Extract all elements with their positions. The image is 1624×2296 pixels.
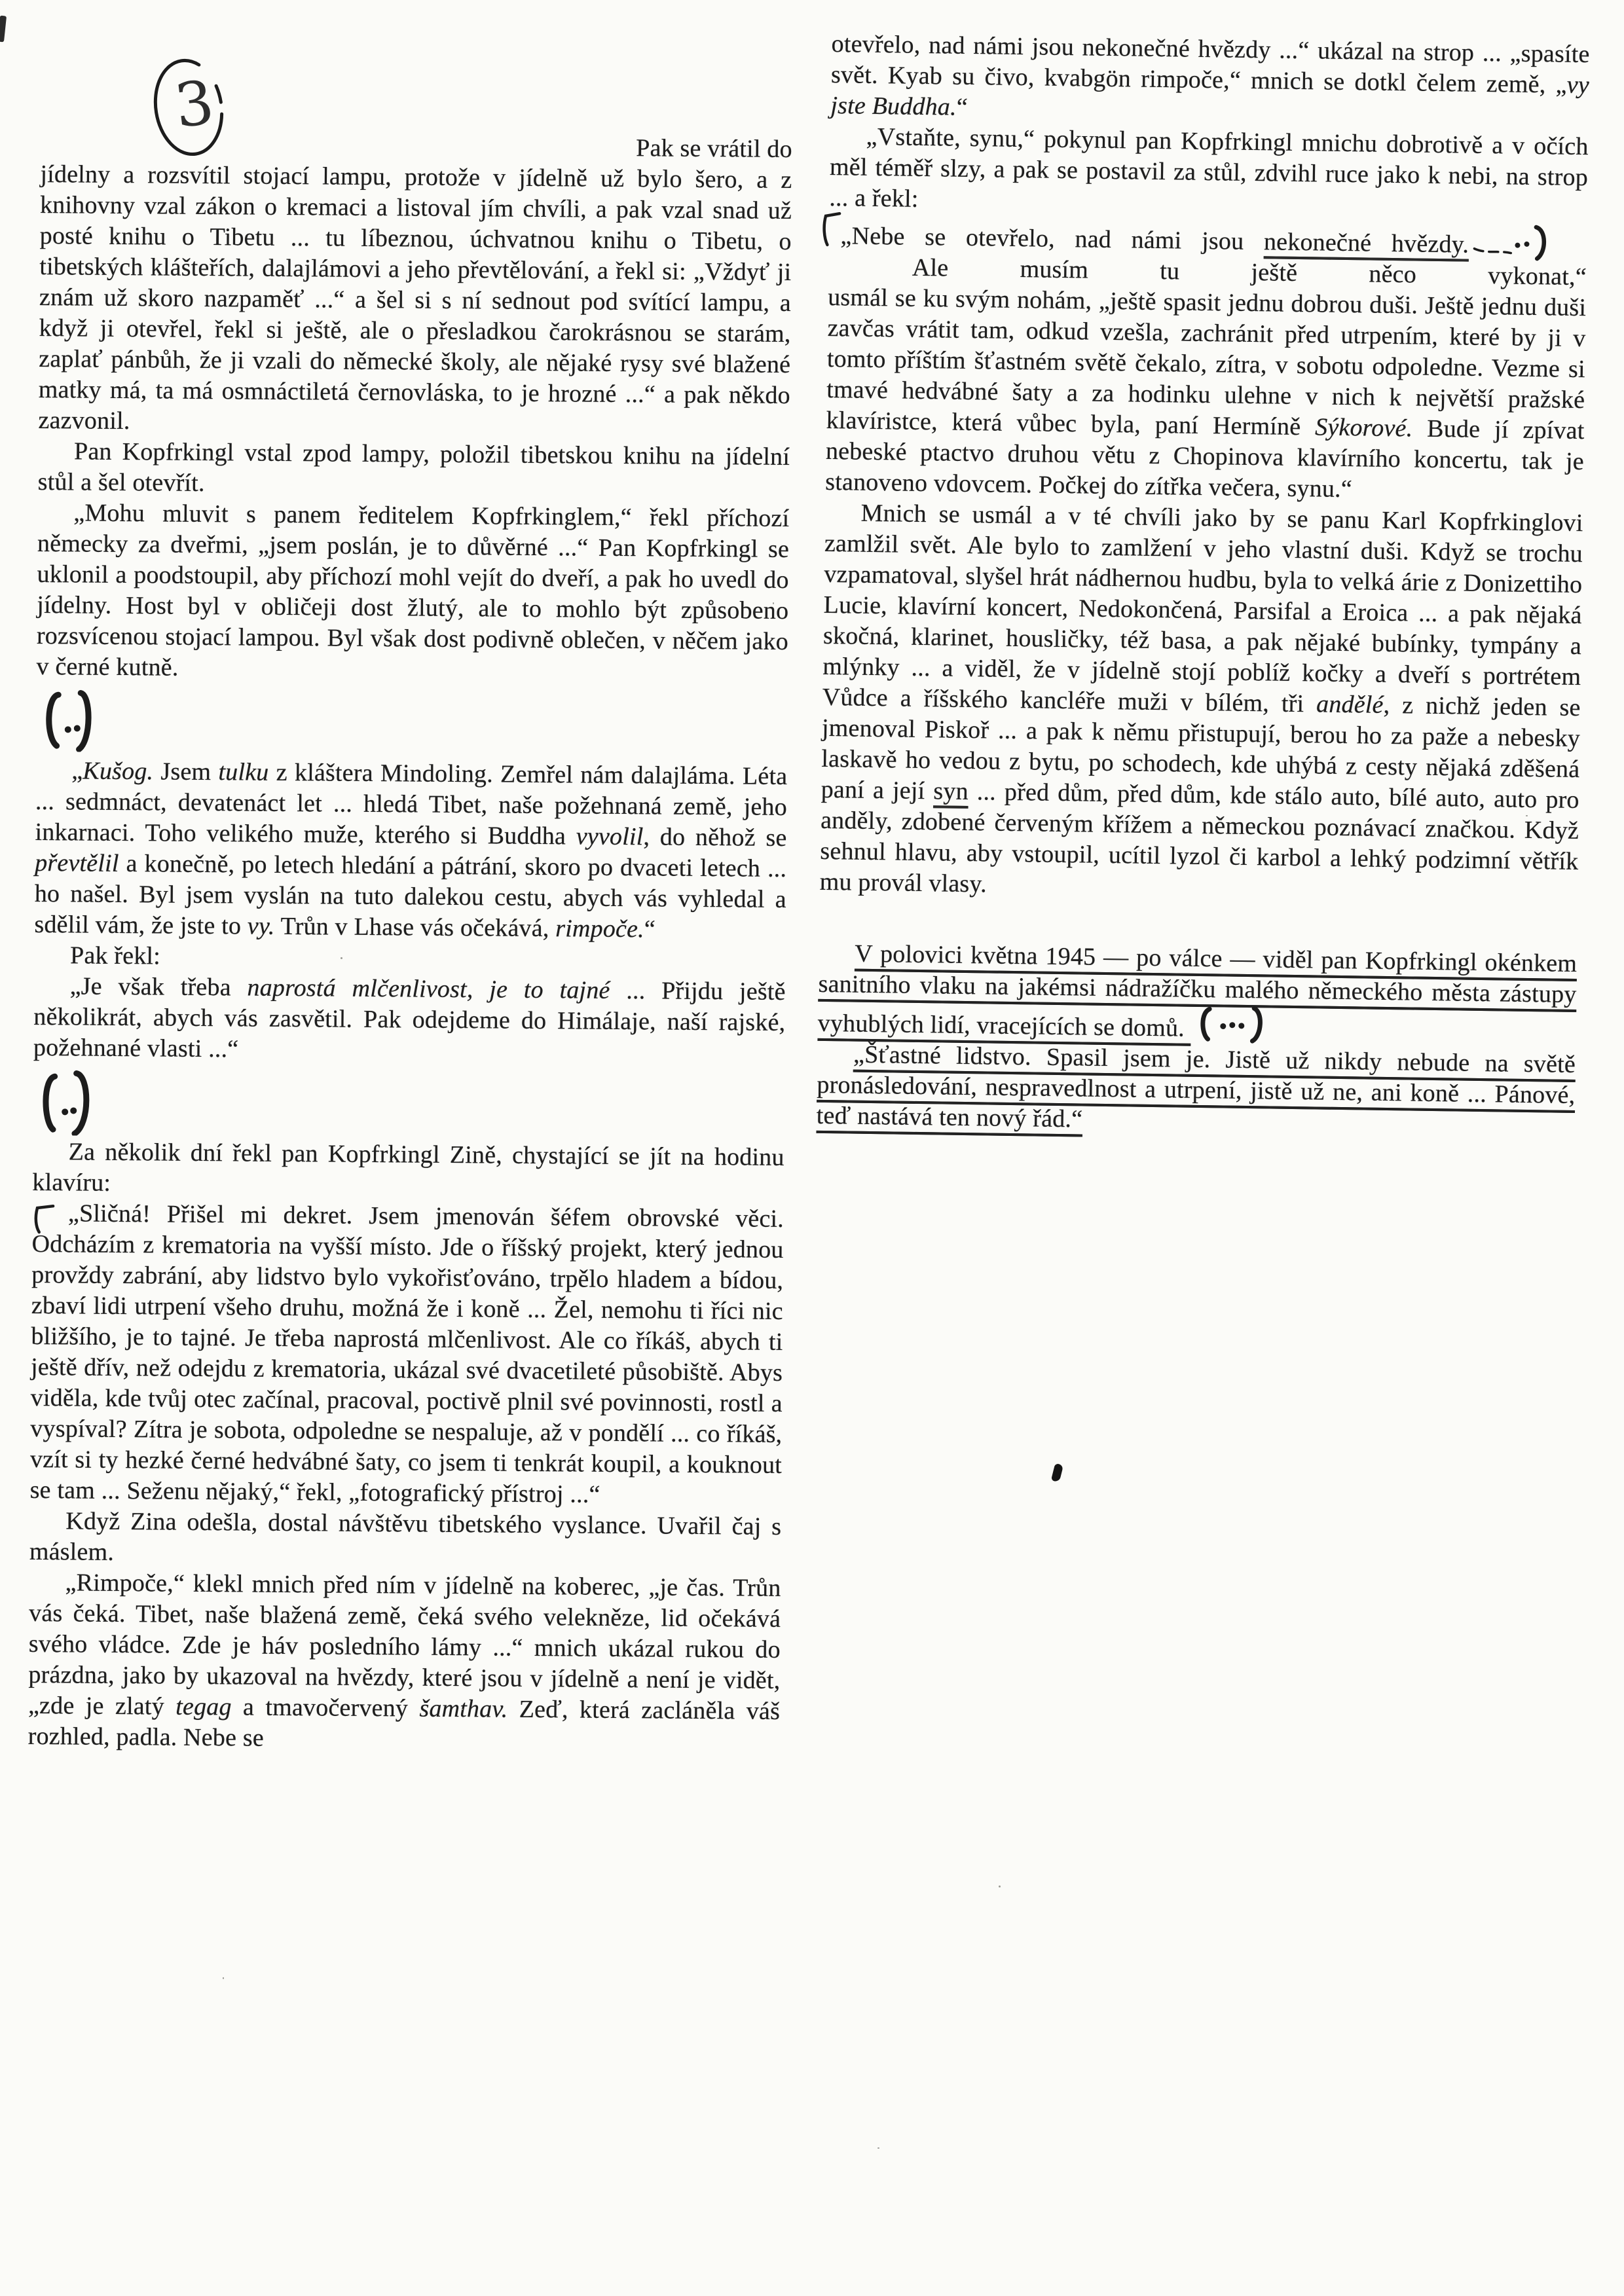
- text-segment: Když Zina odešla, dostal návštěvu tibets…: [29, 1507, 782, 1566]
- paragraph-text: „Sličná! Přišel mi dekret. Jsem jmenován…: [29, 1199, 784, 1508]
- text-segment: tulku: [218, 758, 268, 786]
- insertion-mark-icon: [818, 208, 845, 249]
- text-segment: „Vstaňte, synu,“ pokynul pan Kopfrkingl …: [829, 123, 1589, 213]
- text-segment: , do něhož se: [643, 823, 786, 852]
- insertion-mark-icon: [29, 1199, 58, 1237]
- paragraph: V polovici května 1945 — po válce — vidě…: [817, 938, 1577, 1049]
- text-segment: Pan Kopfrkingl vstal zpod lampy, položil…: [38, 437, 790, 497]
- paragraph: otevřelo, nad námi jsou nekonečné hvězdy…: [830, 29, 1590, 132]
- text-segment: a tmavočervený: [231, 1693, 419, 1722]
- text-segment: Pak řekl:: [70, 941, 160, 970]
- paragraph: Pak se vrátil dojídelny a rozsvítil stoj…: [38, 128, 792, 442]
- paragraph: „Je však třeba naprostá mlčenlivost, je …: [33, 971, 786, 1069]
- paragraph: „Šťastné lidstvo. Spasil jsem je. Jistě …: [816, 1039, 1576, 1142]
- text-segment: Sýkorové.: [1315, 413, 1413, 442]
- paragraph-text: „Šťastné lidstvo. Spasil jsem je. Jistě …: [817, 1041, 1576, 1133]
- paragraph: Mnich se usmál a v té chvíli jako by se …: [819, 498, 1583, 908]
- paragraph: „Kušog. Jsem tulku z kláštera Mindoling.…: [34, 756, 787, 946]
- scanned-page: 3 Pak se vrátil dojídelny a rozsvítil st…: [0, 0, 1624, 2296]
- paragraph: Pan Kopfrkingl vstal zpod lampy, položil…: [38, 436, 790, 503]
- scan-edge-artifact: [0, 16, 7, 43]
- hand-bracket-annotation: [1473, 223, 1551, 262]
- left-column: Pak se vrátil dojídelny a rozsvítil stoj…: [28, 128, 792, 1758]
- paragraph: Když Zina odešla, dostal návštěvu tibets…: [29, 1506, 782, 1573]
- text-segment: andělé: [1316, 690, 1384, 718]
- paragraph-text: „Mohu mluvit s panem ředitelem Kopfrking…: [36, 499, 789, 681]
- paragraph-text: „Rimpoče,“ klekl mnich před ním v jídeln…: [28, 1569, 781, 1751]
- right-column: otevřelo, nad námi jsou nekonečné hvězdy…: [816, 29, 1589, 1142]
- hand-bracket-annotation: [1194, 1005, 1267, 1046]
- paragraph-lead-line: Pak se vrátil do: [41, 128, 792, 165]
- text-segment: tegag: [175, 1693, 232, 1721]
- paragraph-text: Pak řekl:: [70, 941, 160, 970]
- paragraph-text: „Vstaňte, synu,“ pokynul pan Kopfrkingl …: [829, 123, 1589, 213]
- paragraph-text: jídelny a rozsvítil stojací lampu, proto…: [38, 160, 792, 435]
- margin-bracket-annotation: [33, 1063, 785, 1142]
- text-segment: “: [644, 915, 655, 943]
- paragraph-text: Za několik dní řekl pan Kopfrkingl Zině,…: [32, 1138, 784, 1197]
- paragraph: Ale musím tu ještě něco vykonat,“usmál s…: [825, 251, 1587, 508]
- paragraph-text: usmál se ku svým nohám, „ještě spasit je…: [825, 283, 1586, 503]
- paragraph: „Rimpoče,“ klekl mnich před ním v jídeln…: [28, 1567, 781, 1758]
- text-segment: Jsem: [153, 757, 219, 786]
- paragraph-text: „Kušog. Jsem tulku z kláštera Mindoling.…: [34, 757, 787, 943]
- text-segment: syn: [933, 777, 969, 805]
- text-segment: jídelny a rozsvítil stojací lampu, proto…: [38, 160, 792, 435]
- paragraph-text: Mnich se usmál a v té chvíli jako by se …: [820, 500, 1583, 898]
- text-segment: převtělil: [35, 849, 119, 877]
- text-segment: Za několik dní řekl pan Kopfrkingl Zině,…: [32, 1138, 784, 1197]
- bracket-ellipsis-icon: [40, 689, 96, 752]
- scan-speck: [773, 602, 774, 604]
- paragraph: „Vstaňte, synu,“ pokynul pan Kopfrkingl …: [829, 121, 1589, 224]
- text-segment: Kušog.: [83, 757, 153, 786]
- text-segment: naprostá mlčenlivost, je to tajné: [247, 974, 610, 1004]
- text-segment: otevřelo, nad námi jsou nekonečné hvězdy…: [831, 30, 1590, 99]
- text-segment: rimpoče.: [555, 915, 644, 943]
- text-segment: „Je však třeba: [70, 972, 248, 1001]
- paragraph: „Mohu mluvit s panem ředitelem Kopfrking…: [36, 498, 789, 688]
- paragraph: „Sličná! Přišel mi dekret. Jsem jmenován…: [29, 1198, 784, 1512]
- text-segment: „Šťastné lidstvo. Spasil jsem je. Jistě …: [817, 1041, 1576, 1133]
- scan-speck: [1526, 815, 1528, 816]
- ink-mark: [1051, 1463, 1063, 1482]
- text-segment: „: [71, 757, 83, 784]
- text-segment: “: [956, 94, 968, 121]
- text-segment: „Sličná! Přišel mi dekret. Jsem jmenován…: [29, 1199, 784, 1508]
- scan-speck: [223, 1977, 224, 1979]
- scan-speck: [999, 1886, 1001, 1887]
- paragraph-text: Když Zina odešla, dostal návštěvu tibets…: [29, 1507, 782, 1566]
- paragraph-text: otevřelo, nad námi jsou nekonečné hvězdy…: [830, 30, 1590, 121]
- text-segment: „Mohu mluvit s panem ředitelem Kopfrking…: [36, 499, 789, 681]
- paragraph-text: „Je však třeba naprostá mlčenlivost, je …: [33, 972, 786, 1063]
- scan-speck: [877, 2147, 879, 2149]
- text-segment: „Nebe se otevřelo, nad námi jsou: [840, 222, 1264, 255]
- scan-speck: [462, 1709, 463, 1710]
- paragraph-text: Pan Kopfrkingl vstal zpod lampy, položil…: [38, 437, 790, 497]
- bracket-ellipsis-icon: [37, 1070, 92, 1136]
- text-segment: nekonečné hvězdy.: [1264, 228, 1469, 258]
- scan-speck: [1362, 432, 1363, 433]
- scan-speck: [341, 957, 342, 959]
- text-segment: šamthav.: [419, 1695, 507, 1723]
- text-segment: Trůn v Lhase vás očekává,: [274, 913, 555, 942]
- margin-bracket-annotation: [35, 682, 788, 761]
- text-segment: Mnich se usmál a v té chvíli jako by se …: [822, 500, 1583, 718]
- paragraph: Za několik dní řekl pan Kopfrkingl Zině,…: [32, 1137, 784, 1204]
- text-segment: vy.: [248, 913, 275, 940]
- text-segment: vyvolil: [576, 822, 644, 850]
